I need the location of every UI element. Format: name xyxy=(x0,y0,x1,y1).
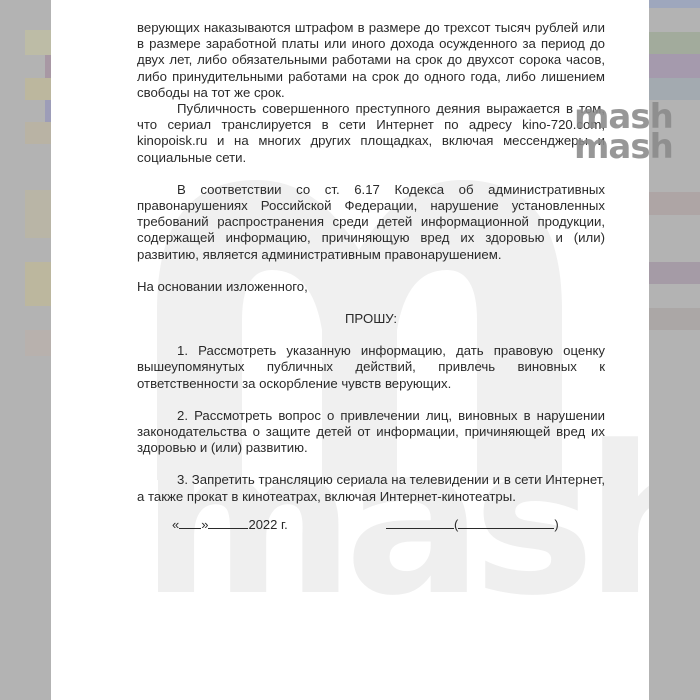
side-strip xyxy=(649,192,700,215)
side-strip xyxy=(25,330,51,356)
request-item-1: 1. Рассмотреть указанную информацию, дат… xyxy=(137,343,605,392)
side-strip xyxy=(649,54,700,78)
mash-watermark-bottom: mash xyxy=(574,130,673,164)
month-blank xyxy=(208,516,248,529)
date-field: «»2022 г. xyxy=(172,516,288,532)
side-strip xyxy=(649,32,700,54)
paragraph-penalty: верующих наказываются штрафом в размере … xyxy=(137,20,605,101)
document-page: mash верующих наказываются штрафом в раз… xyxy=(51,0,649,700)
side-strip xyxy=(25,78,51,100)
paragraph-admin-code: В соответствии со ст. 6.17 Кодекса об ад… xyxy=(137,182,605,263)
side-strip xyxy=(649,0,700,8)
side-strip xyxy=(25,190,51,238)
paragraph-basis: На основании изложенного, xyxy=(137,279,605,295)
document-body: верующих наказываются штрафом в размере … xyxy=(137,20,605,505)
side-strip xyxy=(649,262,700,284)
day-blank xyxy=(179,516,201,529)
side-strip xyxy=(25,30,51,55)
side-strip xyxy=(25,122,51,144)
request-item-2: 2. Рассмотреть вопрос о привлечении лиц,… xyxy=(137,408,605,457)
signature-blank xyxy=(386,516,454,529)
side-strip xyxy=(649,308,700,330)
name-blank xyxy=(458,516,554,529)
side-strip xyxy=(25,262,51,306)
request-heading: ПРОШУ: xyxy=(137,311,605,327)
request-item-3: 3. Запретить трансляцию сериала на телев… xyxy=(137,472,605,504)
signature-field: () xyxy=(386,516,559,532)
paragraph-publicity: Публичность совершенного преступного дея… xyxy=(137,101,605,166)
